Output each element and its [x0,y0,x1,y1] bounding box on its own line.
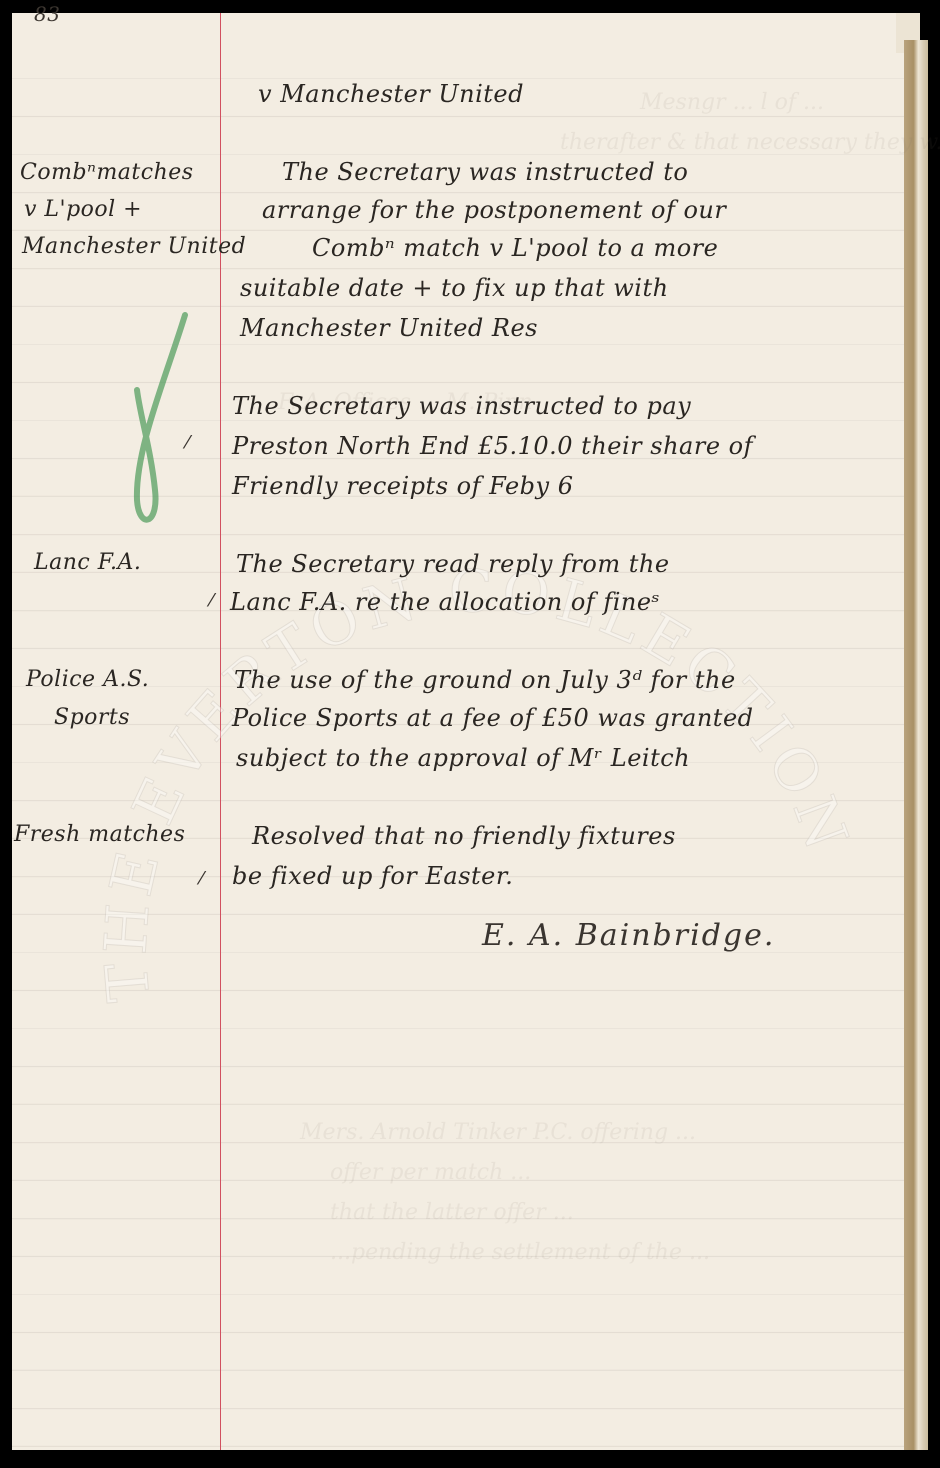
entry-comb-line5: Manchester United Res [240,314,538,342]
tick-mark: ⁄ [200,868,203,889]
bleed-through-text: Mesngr ... l of ... [640,90,824,115]
entry-preston-line1: The Secretary was instructed to pay [232,392,691,420]
bleed-through-text: therafter & that necessary they w... [560,130,940,155]
entry-police-line2: Police Sports at a fee of £50 was grante… [232,704,754,732]
entry-comb-line1: The Secretary was instructed to [282,158,688,186]
tick-mark: ⁄ [210,590,213,611]
bleed-through-text: offer per match ... [330,1160,531,1185]
signature: E. A. Bainbridge. [482,918,775,953]
entry-preston-line2: Preston North End £5.10.0 their share of [232,432,753,460]
entry-comb-line2: arrange for the postponement of our [262,196,726,224]
margin-note-comb-matches-line1: Combⁿmatches [20,160,194,185]
margin-note-lancs-fa: Lanc F.A. [34,550,141,575]
margin-note-fresh-matches: Fresh matches [14,822,185,847]
entry-lancs-line2: Lanc F.A. re the allocation of fineˢ [230,588,660,616]
bleed-through-text: that the latter offer ... [330,1200,574,1225]
green-pencil-check-mark [125,310,205,530]
page-number: 83 [34,2,60,26]
entry-fresh-line1: Resolved that no friendly fixtures [252,822,676,850]
entry-comb-line4: suitable date + to fix up that with [240,274,669,302]
bleed-through-text: Mers. Arnold Tinker P.C. offering ... [300,1120,696,1145]
page-stack-edge [904,40,928,1450]
margin-note-comb-matches-line2: v L'pool + [24,197,142,222]
margin-note-police-line1: Police A.S. [26,667,149,692]
red-margin-line [220,13,221,1450]
entry-comb-line3: Combⁿ match v L'pool to a more [312,234,718,262]
bleed-through-text: ...pending the settlement of the ... [330,1240,710,1265]
entry-lancs-line1: The Secretary read reply from the [236,550,670,578]
entry-heading: v Manchester United [258,80,524,108]
entry-police-line3: subject to the approval of Mʳ Leitch [236,744,690,772]
entry-fresh-line2: be fixed up for Easter. [232,862,513,890]
entry-police-line1: The use of the ground on July 3ᵈ for the [234,666,736,694]
margin-note-police-line2: Sports [54,705,130,730]
entry-preston-line3: Friendly receipts of Feby 6 [232,472,573,500]
margin-note-comb-matches-line3: Manchester United [22,234,246,259]
